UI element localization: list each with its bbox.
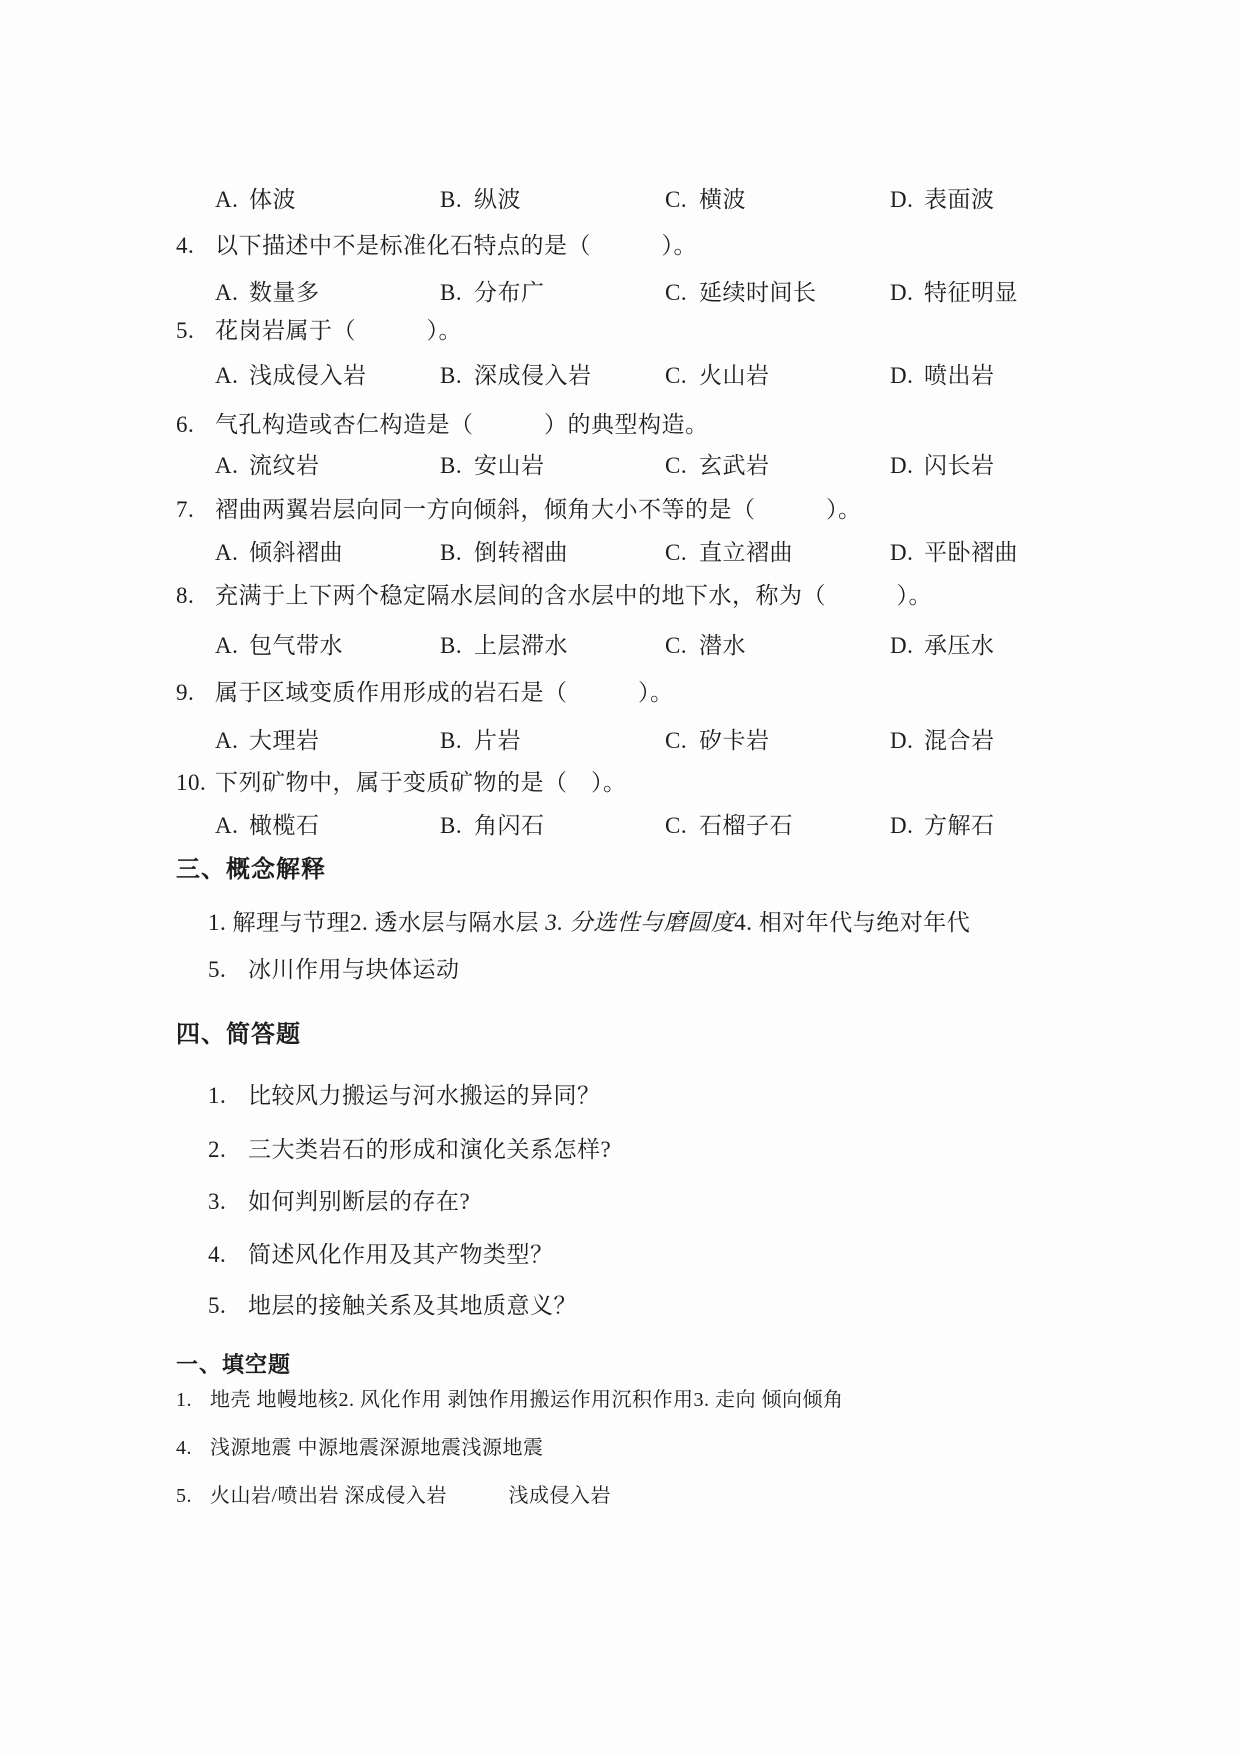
question-4-options: A.数量多B.分布广C.延续时间长D.特征明显 bbox=[215, 281, 1018, 304]
option-label: B. bbox=[440, 814, 474, 837]
fill-blank-line-4: 4.浅源地震 中源地震深源地震浅源地震 bbox=[176, 1438, 544, 1458]
option-text: 矽卡岩 bbox=[699, 728, 770, 753]
item-text: 三大类岩石的形成和演化关系怎样? bbox=[248, 1137, 611, 1162]
option-b: B.片岩 bbox=[440, 729, 665, 752]
option-label: D. bbox=[890, 814, 924, 837]
option-label: C. bbox=[665, 364, 699, 387]
option-text: 纵波 bbox=[474, 187, 521, 212]
option-text: 上层滞水 bbox=[474, 633, 568, 658]
question-text: 下列矿物中，属于变质矿物的是（ ）。 bbox=[215, 770, 627, 795]
option-b: B.上层滞水 bbox=[440, 634, 665, 657]
item-number: 1. bbox=[176, 1390, 210, 1410]
option-d: D.方解石 bbox=[890, 814, 995, 837]
option-text: 混合岩 bbox=[924, 728, 995, 753]
option-label: A. bbox=[215, 814, 249, 837]
option-label: C. bbox=[665, 188, 699, 211]
option-label: B. bbox=[440, 281, 474, 304]
option-d: D.承压水 bbox=[890, 634, 995, 657]
option-text: 分布广 bbox=[474, 280, 545, 305]
concepts-items-1-2: 1. 解理与节理2. 透水层与隔水层 bbox=[208, 910, 545, 935]
question-text: 以下描述中不是标准化石特点的是（ ）。 bbox=[215, 233, 697, 258]
option-label: A. bbox=[215, 281, 249, 304]
item-text: 地层的接触关系及其地质意义？ bbox=[248, 1293, 577, 1318]
option-c: C.直立褶曲 bbox=[665, 541, 890, 564]
option-label: A. bbox=[215, 454, 249, 477]
item-text: 火山岩/喷出岩 深成侵入岩 浅成侵入岩 bbox=[210, 1485, 611, 1507]
question-7-stem: 7.褶曲两翼岩层向同一方向倾斜，倾角大小不等的是（ ）。 bbox=[176, 498, 862, 521]
question-3-options: A.体波B.纵波C.横波D.表面波 bbox=[215, 188, 995, 211]
option-text: 表面波 bbox=[924, 187, 995, 212]
option-b: B.纵波 bbox=[440, 188, 665, 211]
option-text: 玄武岩 bbox=[699, 453, 770, 478]
option-text: 数量多 bbox=[249, 280, 320, 305]
fill-blank-line-1: 1.地壳 地幔地核2. 风化作用 剥蚀作用搬运作用沉积作用3. 走向 倾向倾角 bbox=[176, 1390, 844, 1410]
question-number: 4. bbox=[176, 234, 215, 257]
question-7-options: A.倾斜褶曲B.倒转褶曲C.直立褶曲D.平卧褶曲 bbox=[215, 541, 1018, 564]
item-text: 浅源地震 中源地震深源地震浅源地震 bbox=[210, 1437, 544, 1459]
question-text: 花岗岩属于（ ）。 bbox=[215, 318, 462, 343]
question-9-stem: 9.属于区域变质作用形成的岩石是（ ）。 bbox=[176, 681, 674, 704]
option-d: D.喷出岩 bbox=[890, 364, 995, 387]
option-text: 体波 bbox=[249, 187, 296, 212]
question-9-options: A.大理岩B.片岩C.矽卡岩D.混合岩 bbox=[215, 729, 995, 752]
option-c: C.火山岩 bbox=[665, 364, 890, 387]
item-number: 5. bbox=[208, 958, 248, 981]
question-number: 8. bbox=[176, 584, 215, 607]
option-label: D. bbox=[890, 281, 924, 304]
question-text: 气孔构造或杏仁构造是（ ）的典型构造。 bbox=[215, 412, 709, 437]
option-label: B. bbox=[440, 188, 474, 211]
option-c: C.延续时间长 bbox=[665, 281, 890, 304]
question-text: 属于区域变质作用形成的岩石是（ ）。 bbox=[215, 680, 674, 705]
option-d: D.表面波 bbox=[890, 188, 995, 211]
exam-page: A.体波B.纵波C.横波D.表面波 4.以下描述中不是标准化石特点的是（ ）。 … bbox=[0, 0, 1240, 1754]
option-text: 浅成侵入岩 bbox=[249, 363, 367, 388]
option-text: 安山岩 bbox=[474, 453, 545, 478]
option-b: B.安山岩 bbox=[440, 454, 665, 477]
option-label: B. bbox=[440, 364, 474, 387]
item-text: 如何判别断层的存在? bbox=[248, 1189, 470, 1214]
option-label: B. bbox=[440, 634, 474, 657]
option-label: D. bbox=[890, 364, 924, 387]
fill-blank-line-5: 5.火山岩/喷出岩 深成侵入岩 浅成侵入岩 bbox=[176, 1486, 611, 1506]
question-5-stem: 5.花岗岩属于（ ）。 bbox=[176, 319, 462, 342]
section-heading-concepts: 三、概念解释 bbox=[176, 858, 326, 882]
short-answer-item-1: 1.比较风力搬运与河水搬运的异同？ bbox=[208, 1084, 601, 1107]
option-c: C.横波 bbox=[665, 188, 890, 211]
question-number: 7. bbox=[176, 498, 215, 521]
item-number: 1. bbox=[208, 1084, 248, 1107]
question-4-stem: 4.以下描述中不是标准化石特点的是（ ）。 bbox=[176, 234, 697, 257]
option-text: 橄榄石 bbox=[249, 813, 320, 838]
question-number: 10. bbox=[176, 771, 215, 794]
option-text: 直立褶曲 bbox=[699, 540, 793, 565]
option-text: 横波 bbox=[699, 187, 746, 212]
option-b: B.角闪石 bbox=[440, 814, 665, 837]
section-heading-short-answer: 四、简答题 bbox=[176, 1023, 301, 1047]
option-a: A.包气带水 bbox=[215, 634, 440, 657]
short-answer-item-5: 5.地层的接触关系及其地质意义？ bbox=[208, 1294, 577, 1317]
option-text: 平卧褶曲 bbox=[924, 540, 1018, 565]
option-a: A.大理岩 bbox=[215, 729, 440, 752]
section-heading-fill-blanks: 一、填空题 bbox=[176, 1354, 291, 1376]
option-text: 倾斜褶曲 bbox=[249, 540, 343, 565]
option-label: D. bbox=[890, 541, 924, 564]
short-answer-item-2: 2.三大类岩石的形成和演化关系怎样? bbox=[208, 1138, 611, 1161]
option-label: D. bbox=[890, 188, 924, 211]
concepts-item-4: 4. 相对年代与绝对年代 bbox=[734, 910, 970, 935]
question-5-options: A.浅成侵入岩B.深成侵入岩C.火山岩D.喷出岩 bbox=[215, 364, 995, 387]
option-text: 延续时间长 bbox=[699, 280, 817, 305]
option-text: 片岩 bbox=[474, 728, 521, 753]
option-label: D. bbox=[890, 729, 924, 752]
option-label: A. bbox=[215, 541, 249, 564]
option-label: A. bbox=[215, 729, 249, 752]
question-number: 6. bbox=[176, 413, 215, 436]
question-10-stem: 10.下列矿物中，属于变质矿物的是（ ）。 bbox=[176, 771, 627, 794]
question-text: 褶曲两翼岩层向同一方向倾斜，倾角大小不等的是（ ）。 bbox=[215, 497, 862, 522]
option-label: C. bbox=[665, 454, 699, 477]
option-label: A. bbox=[215, 188, 249, 211]
option-a: A.橄榄石 bbox=[215, 814, 440, 837]
option-text: 大理岩 bbox=[249, 728, 320, 753]
question-text: 充满于上下两个稳定隔水层间的含水层中的地下水，称为（ ）。 bbox=[215, 583, 932, 608]
question-8-stem: 8.充满于上下两个稳定隔水层间的含水层中的地下水，称为（ ）。 bbox=[176, 584, 932, 607]
option-label: B. bbox=[440, 541, 474, 564]
question-8-options: A.包气带水B.上层滞水C.潜水D.承压水 bbox=[215, 634, 995, 657]
option-label: D. bbox=[890, 634, 924, 657]
item-number: 2. bbox=[208, 1138, 248, 1161]
option-a: A.流纹岩 bbox=[215, 454, 440, 477]
option-a: A.体波 bbox=[215, 188, 440, 211]
question-number: 5. bbox=[176, 319, 215, 342]
item-text: 简述风化作用及其产物类型？ bbox=[248, 1242, 554, 1267]
option-text: 流纹岩 bbox=[249, 453, 320, 478]
option-d: D.特征明显 bbox=[890, 281, 1018, 304]
item-text: 地壳 地幔地核2. 风化作用 剥蚀作用搬运作用沉积作用3. 走向 倾向倾角 bbox=[210, 1389, 844, 1411]
option-text: 闪长岩 bbox=[924, 453, 995, 478]
option-text: 深成侵入岩 bbox=[474, 363, 592, 388]
question-6-stem: 6.气孔构造或杏仁构造是（ ）的典型构造。 bbox=[176, 413, 709, 436]
short-answer-item-3: 3.如何判别断层的存在? bbox=[208, 1190, 470, 1213]
option-label: C. bbox=[665, 634, 699, 657]
option-text: 火山岩 bbox=[699, 363, 770, 388]
option-text: 角闪石 bbox=[474, 813, 545, 838]
option-b: B.倒转褶曲 bbox=[440, 541, 665, 564]
option-label: D. bbox=[890, 454, 924, 477]
option-text: 特征明显 bbox=[924, 280, 1018, 305]
concepts-line-2: 5.冰川作用与块体运动 bbox=[208, 958, 460, 981]
option-label: C. bbox=[665, 541, 699, 564]
option-text: 喷出岩 bbox=[924, 363, 995, 388]
option-label: C. bbox=[665, 814, 699, 837]
option-b: B.分布广 bbox=[440, 281, 665, 304]
item-text: 比较风力搬运与河水搬运的异同？ bbox=[248, 1083, 601, 1108]
option-d: D.平卧褶曲 bbox=[890, 541, 1018, 564]
option-c: C.石榴子石 bbox=[665, 814, 890, 837]
option-b: B.深成侵入岩 bbox=[440, 364, 665, 387]
item-number: 5. bbox=[208, 1294, 248, 1317]
concepts-item-5: 冰川作用与块体运动 bbox=[248, 957, 460, 982]
option-label: A. bbox=[215, 364, 249, 387]
option-text: 倒转褶曲 bbox=[474, 540, 568, 565]
item-number: 3. bbox=[208, 1190, 248, 1213]
option-label: C. bbox=[665, 729, 699, 752]
option-label: B. bbox=[440, 454, 474, 477]
concepts-item-3-italic: 3. 分选性与磨圆度 bbox=[545, 910, 734, 935]
option-label: C. bbox=[665, 281, 699, 304]
option-label: B. bbox=[440, 729, 474, 752]
option-label: A. bbox=[215, 634, 249, 657]
item-number: 4. bbox=[208, 1243, 248, 1266]
option-c: C.矽卡岩 bbox=[665, 729, 890, 752]
option-d: D.闪长岩 bbox=[890, 454, 995, 477]
option-text: 承压水 bbox=[924, 633, 995, 658]
short-answer-item-4: 4.简述风化作用及其产物类型？ bbox=[208, 1243, 554, 1266]
option-text: 方解石 bbox=[924, 813, 995, 838]
question-6-options: A.流纹岩B.安山岩C.玄武岩D.闪长岩 bbox=[215, 454, 995, 477]
question-number: 9. bbox=[176, 681, 215, 704]
item-number: 4. bbox=[176, 1438, 210, 1458]
option-text: 包气带水 bbox=[249, 633, 343, 658]
option-d: D.混合岩 bbox=[890, 729, 995, 752]
question-10-options: A.橄榄石B.角闪石C.石榴子石D.方解石 bbox=[215, 814, 995, 837]
concepts-line-1: 1. 解理与节理2. 透水层与隔水层 3. 分选性与磨圆度4. 相对年代与绝对年… bbox=[208, 911, 970, 934]
option-text: 潜水 bbox=[699, 633, 746, 658]
option-a: A.数量多 bbox=[215, 281, 440, 304]
option-c: C.潜水 bbox=[665, 634, 890, 657]
item-number: 5. bbox=[176, 1486, 210, 1506]
option-c: C.玄武岩 bbox=[665, 454, 890, 477]
option-a: A.倾斜褶曲 bbox=[215, 541, 440, 564]
option-a: A.浅成侵入岩 bbox=[215, 364, 440, 387]
option-text: 石榴子石 bbox=[699, 813, 793, 838]
